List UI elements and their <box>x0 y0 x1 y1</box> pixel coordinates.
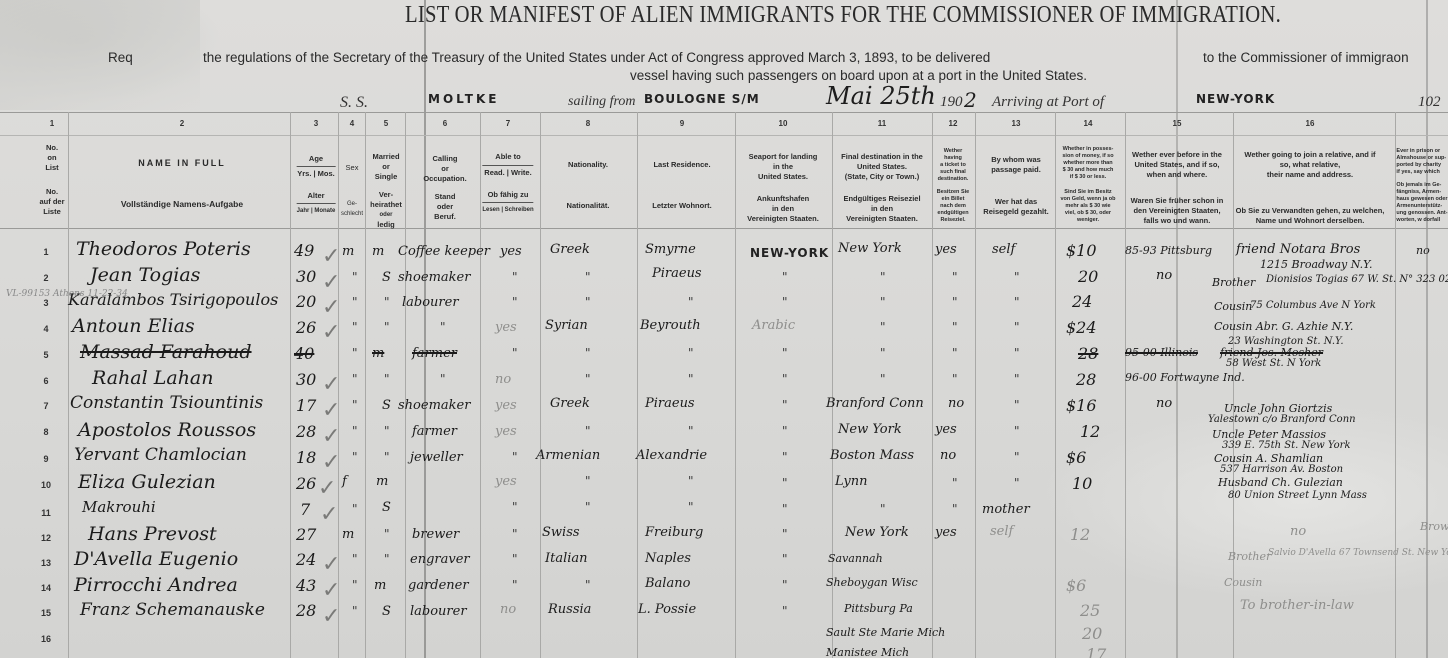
row-number: 6 <box>38 376 54 386</box>
passage-paid-by: " <box>1014 476 1020 490</box>
nationality: " <box>585 346 591 360</box>
final-destination: Sheboygan Wisc <box>826 576 918 589</box>
ship-name: MOLTKE <box>428 92 499 106</box>
relative: Cousin <box>1214 300 1252 313</box>
read-write: " <box>512 295 518 309</box>
occupation: shoemaker <box>398 270 470 285</box>
sex: " <box>352 424 358 438</box>
read-write: no <box>495 372 511 387</box>
marital-status: m <box>374 578 386 593</box>
passenger-name: Hans Prevost <box>88 523 217 545</box>
relative: Brother <box>1228 550 1271 563</box>
money: $24 <box>1066 318 1097 337</box>
age: 27 <box>296 525 316 544</box>
sailing-from-label: sailing from <box>568 94 636 110</box>
read-write: " <box>512 270 518 284</box>
ticket: " <box>952 295 958 309</box>
passenger-name: Antoun Elias <box>72 315 195 337</box>
header-seaport: Seaport for landingin theUnited States. … <box>747 152 819 224</box>
sex: " <box>352 578 358 592</box>
row-number: 15 <box>38 608 54 618</box>
row-number: 7 <box>38 401 54 411</box>
final-destination: " <box>880 502 886 516</box>
read-write: yes <box>495 474 517 489</box>
sex: " <box>352 604 358 618</box>
money: $16 <box>1066 396 1097 415</box>
marital-status: m <box>372 244 384 259</box>
seaport: NEW-YORK <box>750 246 829 260</box>
check-mark-icon: ✓ <box>322 320 340 345</box>
passage-paid-by: " <box>1014 398 1020 412</box>
passage-paid-by: self <box>992 242 1015 257</box>
nationality: " <box>585 424 591 438</box>
departure-port: BOULOGNE S/M <box>644 92 760 106</box>
age: 26 <box>296 318 316 337</box>
header-before-in-us: Wether ever before in theUnited States, … <box>1131 150 1224 226</box>
header-prison: Ever in prison orAlmshouse or sup-ported… <box>1396 148 1447 224</box>
column-number: 7 <box>506 119 510 128</box>
relative: Brother <box>1212 276 1255 289</box>
passenger-name: Karalambos Tsirigopoulos <box>68 290 278 309</box>
relative: friend Notara Bros <box>1236 242 1360 257</box>
passage-paid-by: " <box>1014 346 1020 360</box>
passage-paid-by: mother <box>982 502 1030 517</box>
column-divider <box>975 112 976 658</box>
seaport: " <box>782 346 788 360</box>
money: 12 <box>1080 422 1100 441</box>
marital-status: " <box>384 320 390 334</box>
final-destination: New York <box>845 525 909 540</box>
ticket: no <box>940 448 956 463</box>
before-in-us: no <box>1156 268 1172 283</box>
occupation: engraver <box>410 552 470 567</box>
final-destination: Boston Mass <box>830 448 914 463</box>
before-in-us: 96-00 Fortwayne Ind. <box>1125 371 1245 384</box>
last-residence: L. Possie <box>638 602 696 617</box>
arrival-port: NEW-YORK <box>1196 92 1275 106</box>
voyage-line: S. S. MOLTKE sailing from BOULOGNE S/M M… <box>0 88 1448 112</box>
check-mark-icon: ✓ <box>322 552 340 577</box>
final-destination: New York <box>838 422 902 437</box>
final-destination: New York <box>838 241 902 256</box>
column-number: 11 <box>878 119 886 128</box>
before-in-us: no <box>1156 396 1172 411</box>
passenger-name-struck: Massad Farahoud <box>80 341 252 363</box>
passenger-name: D'Avella Eugenio <box>74 548 238 570</box>
check-mark-icon: ✓ <box>322 398 340 423</box>
regulations-text-right: to the Commissioner of immigraon <box>1203 50 1409 65</box>
money: $6 <box>1066 576 1086 595</box>
marital-status: " <box>384 552 390 566</box>
column-number: 10 <box>779 119 788 128</box>
sex: " <box>352 270 358 284</box>
manifest-sheet: LIST OR MANIFEST OF ALIEN IMMIGRANTS FOR… <box>0 0 1448 658</box>
nationality: " <box>585 578 591 592</box>
column-divider <box>365 112 366 658</box>
column-number: 14 <box>1084 119 1093 128</box>
age: 43 <box>296 576 316 595</box>
relative-address: 339 E. 75th St. New York <box>1222 440 1351 451</box>
regulations-prefix: Req <box>108 50 133 65</box>
ticket: " <box>952 372 958 386</box>
row-number: 9 <box>38 454 54 464</box>
header-married: MarriedorSingle Ver-heirathetoderledig <box>370 152 402 230</box>
occupation: " <box>440 320 446 334</box>
final-destination: " <box>880 372 886 386</box>
column-number: 5 <box>384 119 388 128</box>
ticket: yes <box>935 242 957 257</box>
occupation: farmer <box>412 346 457 361</box>
sex: " <box>352 398 358 412</box>
seaport: " <box>782 270 788 284</box>
read-write: " <box>512 552 518 566</box>
nationality: Greek <box>550 242 590 257</box>
passenger-name: Rahal Lahan <box>92 367 214 389</box>
read-write: yes <box>495 424 517 439</box>
document-title: LIST OR MANIFEST OF ALIEN IMMIGRANTS FOR… <box>405 2 1281 29</box>
age: 28 <box>296 422 316 441</box>
last-residence: Piraeus <box>645 396 695 411</box>
sailing-date: Mai 25th <box>826 82 936 110</box>
column-divider <box>1055 112 1056 658</box>
passenger-name: Pirrocchi Andrea <box>74 574 238 596</box>
marital-status: S <box>382 398 391 413</box>
column-divider <box>932 112 933 658</box>
money: 28 <box>1078 344 1098 363</box>
passage-paid-by: " <box>1014 320 1020 334</box>
passenger-name: Theodoros Poteris <box>76 238 251 260</box>
sex: " <box>352 372 358 386</box>
column-number: 4 <box>350 119 354 128</box>
age: 30 <box>296 267 316 286</box>
marital-status: S <box>382 604 391 619</box>
check-mark-icon: ✓ <box>318 476 336 501</box>
nationality: Armenian <box>536 448 600 463</box>
ticket: " <box>952 346 958 360</box>
header-last-residence: Last Residence. Letzter Wohnort. <box>652 160 711 211</box>
money: 17 <box>1086 645 1106 658</box>
occupation: jeweller <box>410 450 463 465</box>
money: $6 <box>1066 448 1086 467</box>
column-number: 3 <box>314 119 318 128</box>
age: 20 <box>296 292 316 311</box>
header-rule <box>0 112 1448 113</box>
ticket: " <box>952 320 958 334</box>
before-in-us: 85-93 Pittsburg <box>1125 244 1212 257</box>
passenger-name: Yervant Chamlocian <box>74 445 247 465</box>
sex: " <box>352 346 358 360</box>
check-mark-icon: ✓ <box>320 502 338 527</box>
marital-status: " <box>384 295 390 309</box>
ticket: no <box>948 396 964 411</box>
extra-note: Brown <box>1420 520 1448 533</box>
occupation: gardener <box>408 578 469 593</box>
last-residence: Balano <box>645 576 690 591</box>
header-rule <box>0 135 1448 136</box>
marital-status: " <box>384 527 390 541</box>
before-in-us: 95-00 Illinois <box>1125 346 1198 359</box>
header-money: Whether in posses-sion of money, if sowh… <box>1060 146 1115 224</box>
final-destination: " <box>880 295 886 309</box>
regulations-text: the regulations of the Secretary of the … <box>203 50 990 65</box>
ticket: yes <box>935 422 957 437</box>
column-divider <box>290 112 291 658</box>
sex: " <box>352 502 358 516</box>
occupation: labourer <box>410 604 467 619</box>
money: 12 <box>1070 525 1090 544</box>
seaport: " <box>782 578 788 592</box>
marital-status: " <box>384 424 390 438</box>
sex: f <box>342 474 347 489</box>
money: 10 <box>1072 474 1092 493</box>
nationality: " <box>585 500 591 514</box>
relative-address: Yalestown c/o Branford Conn <box>1208 414 1356 425</box>
row-number: 13 <box>38 558 54 568</box>
column-number: 1 <box>50 119 54 128</box>
read-write: " <box>512 450 518 464</box>
row-number: 1 <box>38 247 54 257</box>
check-mark-icon: ✓ <box>322 295 340 320</box>
ticket: " <box>952 476 958 490</box>
check-mark-icon: ✓ <box>322 244 340 269</box>
last-residence: " <box>688 372 694 386</box>
column-divider <box>405 112 406 658</box>
read-write: " <box>512 578 518 592</box>
check-mark-icon: ✓ <box>322 604 340 629</box>
money: 25 <box>1080 601 1100 620</box>
ticket: yes <box>935 525 957 540</box>
occupation: labourer <box>402 295 459 310</box>
seaport: " <box>782 502 788 516</box>
sex: " <box>352 450 358 464</box>
relative-address: 1215 Broadway N.Y. <box>1260 258 1373 271</box>
passenger-name: Apostolos Roussos <box>78 419 256 441</box>
final-destination: Pittsburg Pa <box>844 602 913 615</box>
relative: Husband Ch. Gulezian <box>1218 476 1343 489</box>
last-residence: " <box>688 474 694 488</box>
relative: To brother-in-law <box>1240 598 1354 613</box>
passage-paid-by: " <box>1014 295 1020 309</box>
seaport: " <box>782 527 788 541</box>
row-number: 12 <box>38 533 54 543</box>
marital-status: " <box>384 450 390 464</box>
seaport: " <box>782 476 788 490</box>
age: 24 <box>296 550 316 569</box>
row-number: 10 <box>38 480 54 490</box>
faint-note: Arabic <box>752 318 795 333</box>
relative-address: 537 Harrison Av. Boston <box>1220 464 1343 475</box>
age: 7 <box>300 500 310 519</box>
marital-status: m <box>372 346 384 361</box>
money: $10 <box>1066 241 1097 260</box>
column-divider <box>480 112 481 658</box>
final-destination: Lynn <box>835 474 868 489</box>
read-write: " <box>512 346 518 360</box>
nationality: " <box>585 474 591 488</box>
age: 40 <box>294 344 314 363</box>
header-name-de: Vollständige Namens-Aufgabe <box>121 199 243 209</box>
header-passage-paid: By whom waspassage paid. Wer hat dasReis… <box>983 155 1048 217</box>
nationality: Swiss <box>542 525 580 540</box>
relative: Cousin Abr. G. Azhie N.Y. <box>1214 320 1353 333</box>
last-residence: " <box>688 295 694 309</box>
passenger-name: Jean Togias <box>90 264 200 286</box>
last-residence: Piraeus <box>652 266 702 281</box>
header-nationality: Nationality. Nationalität. <box>567 160 610 211</box>
last-residence: Freiburg <box>645 525 703 540</box>
age: 26 <box>296 474 316 493</box>
nationality: Syrian <box>545 318 588 333</box>
header-relative: Wether going to join a relative, and ifs… <box>1236 150 1385 226</box>
occupation: farmer <box>412 424 457 439</box>
arriving-label: Arriving at Port of <box>992 94 1104 111</box>
nationality: " <box>585 295 591 309</box>
check-mark-icon: ✓ <box>322 578 340 603</box>
row-number: 2 <box>38 273 54 283</box>
column-divider <box>68 112 69 658</box>
row-number: 3 <box>38 298 54 308</box>
age: 18 <box>296 448 316 467</box>
nationality: " <box>585 270 591 284</box>
occupation: " <box>440 372 446 386</box>
seaport: " <box>782 372 788 386</box>
extra-note: no <box>1416 244 1430 257</box>
relative-address: 58 West St. N York <box>1226 358 1321 369</box>
passage-paid-by: " <box>1014 270 1020 284</box>
row-number: 11 <box>38 508 54 518</box>
last-residence: " <box>688 346 694 360</box>
check-mark-icon: ✓ <box>322 372 340 397</box>
column-number: 9 <box>680 119 684 128</box>
row-number: 14 <box>38 583 54 593</box>
regulations-line-2: vessel having such passengers on board u… <box>630 68 1087 83</box>
nationality: " <box>585 372 591 386</box>
column-divider <box>735 112 736 658</box>
row-number: 5 <box>38 350 54 360</box>
marital-status: S <box>382 500 391 515</box>
money: 20 <box>1082 624 1102 643</box>
final-destination: " <box>880 270 886 284</box>
header-rule <box>0 228 1448 229</box>
column-divider <box>637 112 638 658</box>
header-age: AgeYrs. | Mos. AlterJahr | Monate <box>297 154 336 216</box>
age: 30 <box>296 370 316 389</box>
read-write: yes <box>500 244 522 259</box>
marital-status: S <box>382 270 391 285</box>
occupation: Coffee keeper <box>398 244 490 259</box>
read-write: yes <box>495 320 517 335</box>
column-number: 2 <box>180 119 184 128</box>
passenger-name: Franz Schemanauske <box>80 600 265 620</box>
nationality: Russia <box>548 602 591 617</box>
marital-status: " <box>384 372 390 386</box>
last-residence: Naples <box>645 551 691 566</box>
column-number: 6 <box>443 119 447 128</box>
final-destination: Sault Ste Marie Mich <box>826 626 945 639</box>
relative-address: 80 Union Street Lynn Mass <box>1228 490 1367 501</box>
column-number: 15 <box>1173 119 1182 128</box>
nationality: Italian <box>545 551 588 566</box>
row-number: 8 <box>38 427 54 437</box>
age: 28 <box>296 601 316 620</box>
seaport: " <box>782 552 788 566</box>
passenger-name: Makrouhi <box>82 498 156 516</box>
seaport: " <box>782 450 788 464</box>
year-suffix: 2 <box>964 88 977 112</box>
sex: m <box>342 527 354 542</box>
sex: " <box>352 552 358 566</box>
column-divider <box>1125 112 1126 658</box>
last-residence: " <box>688 424 694 438</box>
relative-address: Dionisios Togias 67 W. St. N° 323 02 <box>1266 274 1448 285</box>
passage-paid-by: " <box>1014 372 1020 386</box>
header-occupation: CallingorOccupation. StandoderBeruf. <box>423 154 466 222</box>
passenger-name: Constantin Tsiountinis <box>70 393 263 413</box>
check-mark-icon: ✓ <box>322 270 340 295</box>
sex: " <box>352 295 358 309</box>
age: 17 <box>296 396 316 415</box>
column-number: 13 <box>1012 119 1021 128</box>
final-destination: Manistee Mich <box>826 646 909 658</box>
relative-address: Salvio D'Avella 67 Townsend St. New York <box>1268 548 1448 558</box>
final-destination: Savannah <box>828 552 883 565</box>
right-year: 102 <box>1418 94 1441 111</box>
relative-address: 75 Columbus Ave N York <box>1250 300 1376 311</box>
money: 24 <box>1072 292 1092 311</box>
marital-status: m <box>376 474 388 489</box>
passage-paid-by: self <box>990 524 1013 539</box>
last-residence: Beyrouth <box>640 318 701 333</box>
final-destination: " <box>880 346 886 360</box>
passage-paid-by: " <box>1014 424 1020 438</box>
ss-label: S. S. <box>340 94 368 112</box>
money: 20 <box>1078 267 1098 286</box>
age: 49 <box>294 241 314 260</box>
header-final-destination: Final destination in theUnited States.(S… <box>841 152 923 224</box>
last-residence: Smyrne <box>645 242 696 257</box>
check-mark-icon: ✓ <box>322 424 340 449</box>
read-write: yes <box>495 398 517 413</box>
passenger-name: Eliza Gulezian <box>78 471 216 493</box>
nationality: Greek <box>550 396 590 411</box>
column-divider <box>540 112 541 658</box>
column-number: 8 <box>586 119 590 128</box>
column-number: 16 <box>1306 119 1315 128</box>
read-write: " <box>512 527 518 541</box>
money: 28 <box>1076 370 1096 389</box>
seaport: " <box>782 424 788 438</box>
final-destination: " <box>880 320 886 334</box>
column-number: 12 <box>949 119 958 128</box>
ticket: " <box>952 270 958 284</box>
header-read-write: Able toRead. | Write. Ob fähig zuLesen |… <box>482 152 533 215</box>
relative: Cousin <box>1224 576 1262 589</box>
relative: no <box>1290 524 1306 539</box>
occupation: shoemaker <box>398 398 470 413</box>
ticket: " <box>952 502 958 516</box>
read-write: " <box>512 500 518 514</box>
passage-paid-by: " <box>1014 450 1020 464</box>
header-name: NAME IN FULL <box>138 158 226 168</box>
row-number: 4 <box>38 324 54 334</box>
occupation: brewer <box>412 527 459 542</box>
header-sex: Sex Ge-schlecht <box>341 163 363 219</box>
header-ticket: Wetherhavinga ticket tosuch finaldestina… <box>937 148 969 224</box>
last-residence: Alexandrie <box>636 448 707 463</box>
year-prefix: 190 <box>940 94 963 111</box>
read-write: no <box>500 602 516 617</box>
sex: " <box>352 320 358 334</box>
